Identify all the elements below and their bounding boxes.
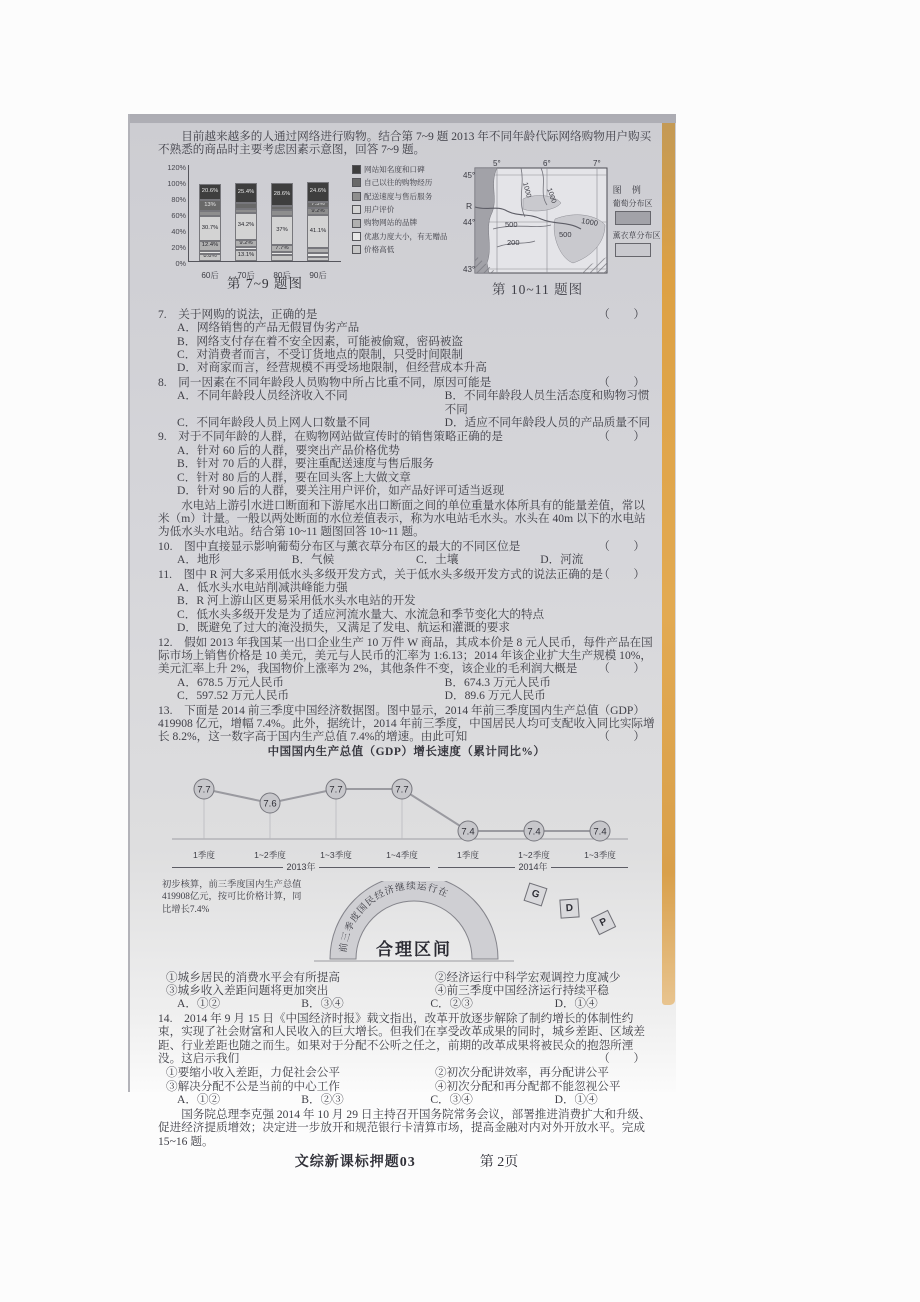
options-list: A．网络销售的产品无假冒伪劣产品B．网络支付存在着不安全因素，可能被偷窥，密码被… [158, 321, 655, 375]
question-stem-text: 12. 假如 2013 年我国某一出口企业生产 10 万件 W 商品，其成本价是… [158, 636, 653, 676]
statement: ①城乡居民的消费水平会有所提高 [166, 971, 435, 984]
legend-label: 配送速度与售后服务 [364, 190, 432, 203]
svg-text:7.7: 7.7 [395, 785, 408, 796]
y-axis-tick: 0% [160, 257, 186, 270]
answer-choice: D．①④ [555, 997, 655, 1010]
svg-text:7.7: 7.7 [329, 785, 342, 796]
answer-bracket: （ ） [598, 730, 651, 743]
question-stem-text: 11. 图中 R 河大多采用低水头多级开发方式，关于低水头多级开发方式的说法正确… [158, 568, 603, 581]
statement: ④初次分配和再分配都不能忽视公平 [435, 1080, 655, 1093]
svg-text:500: 500 [559, 230, 572, 239]
stacked-bar: 24.6%7.5%9.2%41.1% [307, 182, 329, 261]
bar-segment: 8.8% [199, 254, 221, 261]
question-7: 7. 关于网购的说法，正确的是（ ）A．网络销售的产品无假冒伪劣产品B．网络支付… [158, 308, 655, 375]
footer-booklet-title: 文综新课标押题03 [295, 1156, 416, 1169]
bar-segment: 41.1% [307, 215, 329, 248]
bar-segment: 30.7% [199, 216, 221, 241]
option: B．不同年龄段人员生活态度和购物习惯不同 [445, 389, 655, 416]
question-stem: 11. 图中 R 河大多采用低水头多级开发方式，关于低水头多级开发方式的说法正确… [158, 568, 655, 581]
bar-segment: 12.4% [199, 241, 221, 251]
gdp-year-label: 2014年 [515, 861, 550, 874]
question-stem: 14. 2014 年 9 月 15 日《中国经济时报》载文指出，改革开放逐步解除… [158, 1012, 655, 1066]
gdp-year-groups: 2013年2014年 [158, 861, 655, 875]
answer-bracket: （ ） [598, 662, 651, 675]
question-14: 14. 2014 年 9 月 15 日《中国经济时报》载文指出，改革开放逐步解除… [158, 1012, 655, 1066]
paragraph: 目前越来越多的人通过网络进行购物。结合第 7~9 题 2013 年不同年龄代际网… [158, 130, 655, 157]
option: D．89.6 万元人民币 [445, 689, 655, 702]
legend-swatch [352, 232, 361, 241]
question-stem: 8. 同一因素在不同年龄段人员购物中所占比重不同，原因可能是（ ） [158, 376, 655, 389]
option: B．网络支付存在着不安全因素，可能被偷窥，密码被盗 [158, 335, 655, 348]
statement: ③解决分配不公是当前的中心工作 [166, 1080, 435, 1093]
gdp-chart-title: 中国国内生产总值（GDP）增长速度（累计同比%） [158, 746, 655, 759]
page-footer: 文综新课标押题03第 2页 [158, 1156, 655, 1169]
legend-label: 用户评价 [364, 203, 394, 216]
answer-bracket: （ ） [598, 568, 651, 581]
legend-swatch [352, 192, 361, 201]
option: C．597.52 万元人民币 [177, 689, 445, 702]
stacked-bar: 25.4%34.2%9.2%13.1% [235, 183, 257, 261]
option: A．地形 [177, 553, 292, 566]
stacked-bar: 20.6%13%30.7%12.4%8.8% [199, 184, 221, 261]
legend-swatch [352, 245, 361, 254]
svg-text:6°: 6° [543, 159, 551, 168]
option: D．既避免了过大的淹没损失，又满足了发电、航运和灌溉的要求 [158, 621, 655, 634]
question-stem: 7. 关于网购的说法，正确的是（ ） [158, 308, 655, 321]
legend-swatch [352, 205, 361, 214]
bar-segment: 9.2% [235, 240, 257, 247]
y-axis-tick: 60% [160, 209, 186, 222]
statement: ②初次分配讲效率，再分配讲公平 [435, 1066, 655, 1079]
gdp-x-label: 1~2季度 [518, 849, 550, 862]
rainbow-arch-graphic: 前三季度国民经济继续运行在合理区间 [314, 881, 514, 965]
legend-item: 购物网站的品牌 [352, 216, 460, 229]
legend-item: 网站知名度和口碑 [352, 163, 460, 176]
legend-item: 配送速度与售后服务 [352, 190, 460, 203]
y-axis-tick: 20% [160, 241, 186, 254]
svg-text:7.4: 7.4 [593, 827, 606, 838]
y-axis-tick: 40% [160, 225, 186, 238]
paragraph: 水电站上游引水进口断面和下游尾水出口断面之间的单位重量水体所具有的能量差值，常以… [158, 499, 655, 539]
y-axis-tick: 80% [160, 193, 186, 206]
scan-top-shadow [130, 114, 676, 123]
question-stem-text: 8. 同一因素在不同年龄段人员购物中所占比重不同，原因可能是 [158, 376, 491, 389]
gdp-x-label: 1~2季度 [254, 849, 286, 862]
bar-chart-figure: 0%20%40%60%80%100%120%20.6%13%30.7%12.4%… [160, 159, 455, 305]
svg-text:7.4: 7.4 [527, 827, 540, 838]
svg-text:5°: 5° [493, 159, 501, 168]
option: C．不同年龄段人员上网人口数量不同 [177, 416, 445, 429]
option: A．不同年龄段人员经济收入不同 [177, 389, 445, 416]
map-legend-label: 葡萄分布区 [613, 199, 661, 209]
map-legend-swatch [615, 243, 651, 257]
svg-text:44°: 44° [463, 218, 475, 227]
svg-text:200: 200 [507, 238, 520, 247]
book-edge-strip [662, 123, 675, 1005]
svg-text:R: R [466, 201, 472, 211]
exam-content: 目前越来越多的人通过网络进行购物。结合第 7~9 题 2013 年不同年龄代际网… [158, 129, 655, 1169]
numbered-statements: ①要缩小收入差距，力促社会公平②初次分配讲效率，再分配讲公平③解决分配不公是当前… [158, 1066, 655, 1093]
question-stem-text: 14. 2014 年 9 月 15 日《中国经济时报》载文指出，改革开放逐步解除… [158, 1012, 645, 1065]
answer-choice: C．②③ [430, 997, 554, 1010]
bar-segment: 34.2% [235, 213, 257, 240]
bar-segment: 37% [271, 216, 293, 246]
gdp-cube-letter: P [591, 909, 616, 934]
option: D．适应不同年龄段人员的产品质量不同 [445, 416, 655, 429]
question-12: 12. 假如 2013 年我国某一出口企业生产 10 万件 W 商品，其成本价是… [158, 636, 655, 703]
question-stem-text: 9. 对于不同年龄的人群，在购物网站做宣传时的销售策略正确的是 [158, 430, 503, 443]
question-stem: 9. 对于不同年龄的人群，在购物网站做宣传时的销售策略正确的是（ ） [158, 430, 655, 443]
legend-item: 优惠力度大小，有无赠品 [352, 230, 460, 243]
question-stem: 13. 下面是 2014 前三季度中国经济数据图。图中显示，2014 年前三季度… [158, 704, 655, 744]
bar-segment [307, 257, 329, 261]
question-stem-text: 10. 图中直接显示影响葡萄分布区与薰衣草分布区的最大的不同区位是 [158, 540, 520, 553]
svg-text:500: 500 [505, 220, 518, 229]
answer-choices: A．①②B．②③C．③④D．①④ [158, 1093, 655, 1106]
statement: ①要缩小收入差距，力促社会公平 [166, 1066, 435, 1079]
option: C．土壤 [416, 553, 540, 566]
bar-segment: 25.4% [235, 183, 257, 203]
gdp-x-label: 1季度 [457, 849, 479, 862]
map-legend-label: 薰衣草分布区 [613, 231, 661, 241]
bar-chart-caption: 第 7~9 题图 [170, 277, 360, 290]
svg-text:7.6: 7.6 [263, 799, 276, 810]
option: A．低水头水电站削减洪峰能力强 [158, 581, 655, 594]
option: A．针对 60 后的人群，要突出产品价格优势 [158, 444, 655, 457]
numbered-statements: ①城乡居民的消费水平会有所提高②经济运行中科学宏观调控力度减少③城乡收入差距问题… [158, 971, 655, 998]
option: C．针对 80 后的人群，要在回头客上大做文章 [158, 471, 655, 484]
gdp-cube-letter: D [559, 898, 579, 918]
legend-item: 用户评价 [352, 203, 460, 216]
statement: ④前三季度中国经济运行持续平稳 [435, 984, 655, 997]
question-stem: 10. 图中直接显示影响葡萄分布区与薰衣草分布区的最大的不同区位是（ ） [158, 540, 655, 553]
svg-text:45°: 45° [463, 171, 475, 180]
question-stem-text: 7. 关于网购的说法，正确的是 [158, 308, 317, 321]
answer-bracket: （ ） [598, 1052, 651, 1065]
bar-segment: 24.6% [307, 182, 329, 202]
bar-chart-plot: 0%20%40%60%80%100%120%20.6%13%30.7%12.4%… [188, 165, 341, 262]
answer-choices: A．①②B．③④C．②③D．①④ [158, 997, 655, 1010]
answer-choice: B．③④ [301, 997, 430, 1010]
option: B．气候 [292, 553, 416, 566]
gdp-x-label: 1季度 [193, 849, 215, 862]
gdp-line-chart: 7.77.67.77.77.47.47.4 [158, 759, 636, 845]
question-10: 10. 图中直接显示影响葡萄分布区与薰衣草分布区的最大的不同区位是（ ）A．地形… [158, 540, 655, 567]
option: A．网络销售的产品无假冒伪劣产品 [158, 321, 655, 334]
map-svg: 5°6°7°45°44°43°R100010005002005001000 [463, 159, 613, 283]
legend-swatch [352, 165, 361, 174]
answer-choice: A．①② [177, 1093, 301, 1106]
gdp-figure: 中国国内生产总值（GDP）增长速度（累计同比%）7.77.67.77.77.47… [158, 746, 655, 969]
question-stem-text: 13. 下面是 2014 前三季度中国经济数据图。图中显示，2014 年前三季度… [158, 704, 655, 744]
figures-row: 0%20%40%60%80%100%120%20.6%13%30.7%12.4%… [160, 159, 655, 305]
stacked-bar: 28.6%37%7.7% [271, 183, 293, 260]
svg-text:43°: 43° [463, 265, 475, 274]
bar-segment: 13% [199, 200, 221, 210]
options-list: A．针对 60 后的人群，要突出产品价格优势B．针对 70 后的人群，要注重配送… [158, 444, 655, 498]
gdp-year-label: 2013年 [283, 861, 318, 874]
map-figure: 5°6°7°45°44°43°R100010005002005001000图 例… [463, 159, 655, 305]
legend-swatch [352, 178, 361, 187]
map-legend-title: 图 例 [613, 185, 661, 195]
bar-segment: 28.6% [271, 183, 293, 206]
answer-choice: A．①② [177, 997, 301, 1010]
bar-segment: 9.2% [307, 208, 329, 215]
option: B．针对 70 后的人群，要注重配送速度与售后服务 [158, 457, 655, 470]
gdp-x-labels: 1季度1~2季度1~3季度1~4季度1季度1~2季度1~3季度 [158, 849, 655, 861]
scanned-exam-page: 目前越来越多的人通过网络进行购物。结合第 7~9 题 2013 年不同年龄代际网… [128, 114, 676, 1092]
y-axis-tick: 100% [160, 177, 186, 190]
legend-label: 网站知名度和口碑 [364, 163, 425, 176]
bar-chart-legend: 网站知名度和口碑自己以往的购物经历配送速度与售后服务用户评价购物网站的品牌优惠力… [352, 163, 460, 257]
svg-text:7.4: 7.4 [461, 827, 474, 838]
options-grid: A．678.5 万元人民币B．674.3 万元人民币C．597.52 万元人民币… [158, 676, 655, 703]
question-stem: 12. 假如 2013 年我国某一出口企业生产 10 万件 W 商品，其成本价是… [158, 636, 655, 676]
legend-item: 价格高低 [352, 243, 460, 256]
footer-page-number: 第 2页 [480, 1156, 519, 1169]
bar-segment: 13.1% [235, 250, 257, 260]
option: C．对消费者而言，不受订货地点的限制，只受时间限制 [158, 348, 655, 361]
legend-label: 优惠力度大小，有无赠品 [364, 230, 448, 243]
question-13: 13. 下面是 2014 前三季度中国经济数据图。图中显示，2014 年前三季度… [158, 704, 655, 744]
answer-choice: B．②③ [301, 1093, 430, 1106]
statement: ②经济运行中科学宏观调控力度减少 [435, 971, 655, 984]
legend-item: 自己以往的购物经历 [352, 176, 460, 189]
option: D．针对 90 后的人群，要关注用户评价，如产品好评可适当返现 [158, 484, 655, 497]
answer-choice: C．③④ [430, 1093, 554, 1106]
gdp-cube-letter: G [524, 882, 548, 906]
options-inline: A．地形B．气候C．土壤D．河流 [158, 553, 655, 566]
option: B．R 河上游山区更易采用低水头水电站的开发 [158, 594, 655, 607]
gdp-year-group: 2014年 [438, 861, 628, 875]
gdp-note-text: 初步核算，前三季度国内生产总值419908亿元，按可比价格计算，同比增长7.4% [162, 879, 310, 917]
legend-label: 购物网站的品牌 [364, 216, 417, 229]
option: B．674.3 万元人民币 [445, 676, 655, 689]
paragraph: 国务院总理李克强 2014 年 10 月 29 日主持召开国务院常务会议，部署推… [158, 1108, 655, 1148]
legend-swatch [352, 219, 361, 228]
gdp-year-group: 2013年 [172, 861, 430, 875]
option: D．河流 [540, 553, 655, 566]
answer-bracket: （ ） [598, 376, 651, 389]
svg-text:合理区间: 合理区间 [376, 939, 452, 959]
options-list: A．低水头水电站削减洪峰能力强B．R 河上游山区更易采用低水头水电站的开发C．低… [158, 581, 655, 635]
gdp-infographic: 初步核算，前三季度国内生产总值419908亿元，按可比价格计算，同比增长7.4%… [158, 877, 655, 969]
svg-text:7.7: 7.7 [197, 785, 210, 796]
svg-text:7°: 7° [593, 159, 601, 168]
answer-bracket: （ ） [598, 540, 651, 553]
gdp-x-label: 1~4季度 [386, 849, 418, 862]
statement: ③城乡收入差距问题将更加突出 [166, 984, 435, 997]
question-8: 8. 同一因素在不同年龄段人员购物中所占比重不同，原因可能是（ ）A．不同年龄段… [158, 376, 655, 430]
legend-label: 自己以往的购物经历 [364, 176, 432, 189]
answer-choice: D．①④ [555, 1093, 655, 1106]
gdp-x-label: 1~3季度 [320, 849, 352, 862]
y-axis-tick: 120% [160, 161, 186, 174]
map-caption: 第 10~11 题图 [463, 283, 613, 296]
question-11: 11. 图中 R 河大多采用低水头多级开发方式，关于低水头多级开发方式的说法正确… [158, 568, 655, 635]
gdp-x-label: 1~3季度 [584, 849, 616, 862]
bar-segment [271, 255, 293, 261]
question-9: 9. 对于不同年龄的人群，在购物网站做宣传时的销售策略正确的是（ ）A．针对 6… [158, 430, 655, 497]
map-legend-swatch [615, 211, 651, 225]
legend-label: 价格高低 [364, 243, 394, 256]
options-grid: A．不同年龄段人员经济收入不同B．不同年龄段人员生活态度和购物习惯不同C．不同年… [158, 389, 655, 429]
map-legend: 图 例葡萄分布区薰衣草分布区 [613, 185, 661, 263]
option: A．678.5 万元人民币 [177, 676, 445, 689]
option: D．对商家而言，经营规模不再受场地限制，但经营成本升高 [158, 361, 655, 374]
answer-bracket: （ ） [598, 308, 651, 321]
option: C．低水头多级开发是为了适应河流水量大、水流急和季节变化大的特点 [158, 608, 655, 621]
bar-segment: 20.6% [199, 184, 221, 200]
answer-bracket: （ ） [598, 430, 651, 443]
